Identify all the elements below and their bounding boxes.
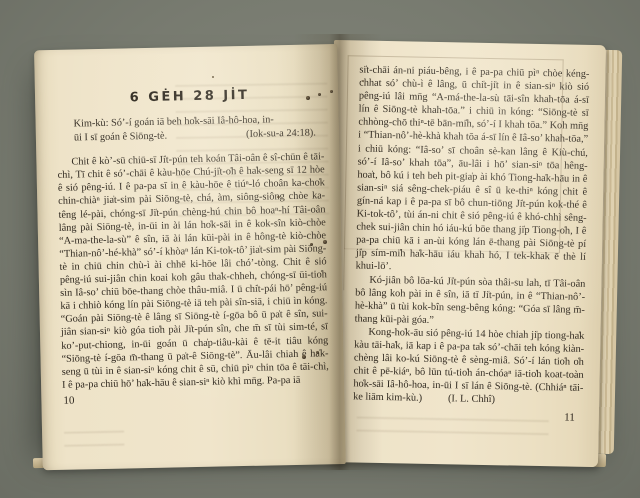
author-initials: (I. L. Chhî) bbox=[448, 394, 495, 406]
binding-hole bbox=[310, 243, 313, 246]
scripture-reference: (Iok-su-a 24:18). bbox=[246, 126, 316, 141]
page-number-left: 10 bbox=[63, 389, 329, 407]
right-page: si̍t-chāi án-ni piáu-bêng, i ê pa-pa chi… bbox=[326, 40, 606, 467]
paper-speck bbox=[277, 196, 280, 198]
binding-hole bbox=[302, 355, 306, 359]
paper-speck bbox=[212, 76, 214, 78]
binding-hole bbox=[316, 351, 319, 354]
binding-hole bbox=[323, 240, 327, 244]
paragraph: Chit ê kò’-sū chiū-sī Ji̍t-pún teh koán … bbox=[57, 150, 329, 391]
binding-hole bbox=[330, 90, 333, 93]
page-number-right: 11 bbox=[353, 408, 575, 424]
chapter-title: 6 GĖH 28 JİT bbox=[56, 86, 323, 107]
memory-verse-text: ūi I sī goán ê Siōng-tè. bbox=[74, 129, 167, 145]
memory-verse: Kim-kù: Só’-í goán iā beh ho̍k-sāi Iâ-hô… bbox=[73, 112, 320, 144]
left-page: 6 GĖH 28 JİT Kim-kù: Só’-í goán iā beh h… bbox=[34, 44, 346, 470]
binding-hole bbox=[306, 96, 310, 100]
binding-hole bbox=[318, 93, 321, 96]
left-page-content: 6 GĖH 28 JİT Kim-kù: Só’-í goán iā beh h… bbox=[34, 44, 346, 470]
paragraph-continuation: si̍t-chāi án-ni piáu-bêng, i ê pa-pa chi… bbox=[356, 63, 590, 277]
paragraph-with-signature: Kong-ho̍k-āu sió pêng-iú 14 hòe chiah ji… bbox=[353, 325, 584, 408]
book-photo: si̍t-chāi án-ni piáu-bêng, i ê pa-pa chi… bbox=[0, 0, 640, 498]
paragraph: Kó-jiân bô lōa-kú Ji̍t-pún sòa thâi-su l… bbox=[355, 273, 586, 330]
right-page-content: si̍t-chāi án-ni piáu-bêng, i ê pa-pa chi… bbox=[326, 40, 606, 467]
paper-speck bbox=[362, 80, 364, 82]
paragraph-text: Kong-ho̍k-āu sió pêng-iú 14 hòe chiah ji… bbox=[353, 327, 584, 405]
